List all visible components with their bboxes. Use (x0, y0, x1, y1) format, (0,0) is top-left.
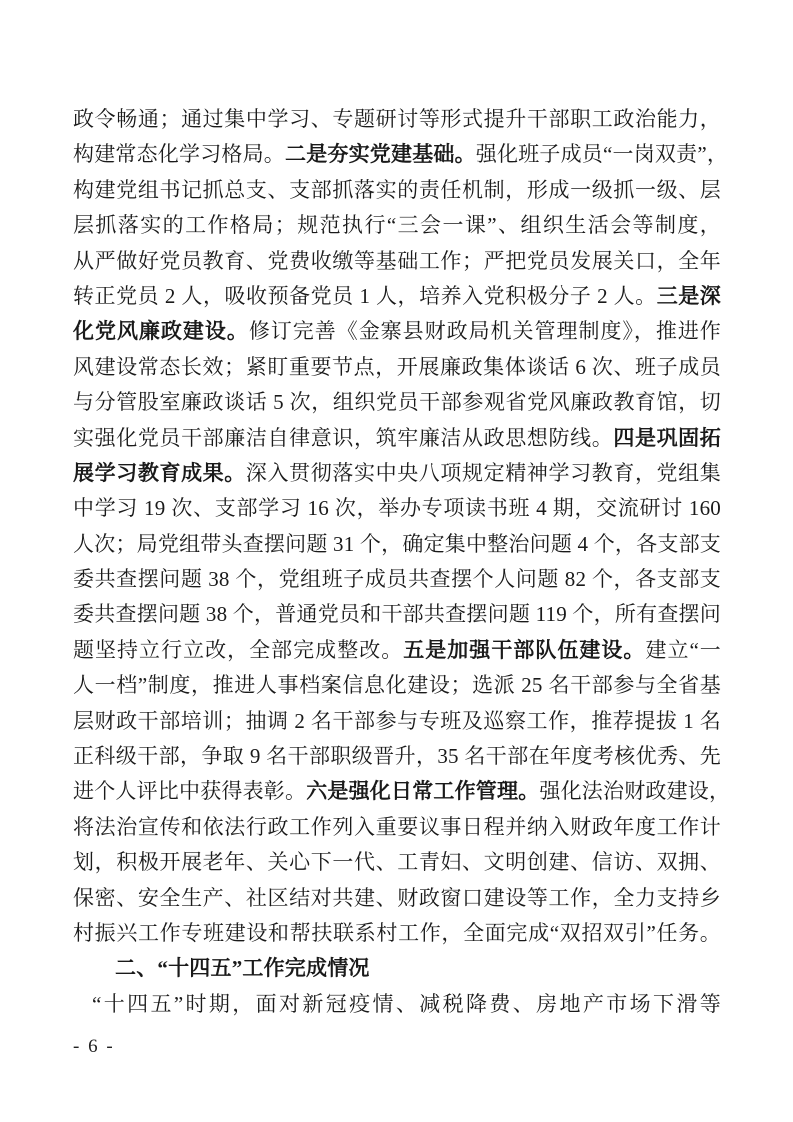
bold-text-segment: 六是强化日常工作管理。 (306, 779, 539, 803)
text-line: 进个人评比中获得表彰。六是强化日常工作管理。强化法治财政建设， (73, 774, 721, 809)
text-segment: 构建党组书记抓总支、支部抓落实的责任机制，形成一级抓一级、层 (73, 178, 721, 202)
text-line: 与分管股室廉政谈话 5 次，组织党员干部参观省党风廉政教育馆，切 (73, 385, 721, 420)
text-line: 划，积极开展老年、关心下一代、工青妇、文明创建、信访、双拥、 (73, 845, 721, 880)
text-segment: 进个人评比中获得表彰。 (73, 779, 306, 803)
document-page: 政令畅通；通过集中学习、专题研讨等形式提升干部职工政治能力，构建常态化学习格局。… (0, 0, 793, 1122)
text-line: 人一档”制度，推进人事档案信息化建设；选派 25 名干部参与全省基 (73, 668, 721, 703)
text-line: 层财政干部培训；抽调 2 名干部参与专班及巡察工作，推荐提拔 1 名 (73, 704, 721, 739)
text-segment: 修订完善《金寨县财政局机关管理制度》，推进作 (249, 319, 721, 343)
text-segment: 人一档”制度，推进人事档案信息化建设；选派 25 名干部参与全省基 (73, 673, 721, 697)
bold-text-segment: 化党风廉政建设。 (73, 319, 249, 343)
text-segment: “十四五”时期，面对新冠疫情、减税降费、房地产市场下滑等 (92, 992, 721, 1016)
text-segment: 实强化党员干部廉洁自律意识，筑牢廉洁从政思想防线。 (73, 426, 613, 450)
text-segment: 将法治宣传和依法行政工作列入重要议事日程并纳入财政年度工作计 (73, 815, 721, 839)
text-segment: 强化班子成员“一岗双责”， (476, 142, 728, 166)
text-segment: 深入贯彻落实中央八项规定精神学习教育，党组集 (246, 461, 721, 485)
text-segment: 风建设常态长效；紧盯重要节点，开展廉政集体谈话 6 次、班子成员 (73, 355, 721, 379)
text-line: 村振兴工作专班建设和帮扶联系村工作，全面完成“双招双引”任务。 (73, 916, 721, 951)
page-number: - 6 - (73, 1036, 115, 1057)
text-line: 政令畅通；通过集中学习、专题研讨等形式提升干部职工政治能力， (73, 102, 721, 137)
text-line: 将法治宣传和依法行政工作列入重要议事日程并纳入财政年度工作计 (73, 810, 721, 845)
text-segment: 委共查摆问题 38 个，党组班子成员共查摆个人问题 82 个，各支部支 (73, 567, 721, 591)
text-line: 从严做好党员教育、党费收缴等基础工作；严把党员发展关口，全年 (73, 244, 721, 279)
text-segment: 转正党员 2 人，吸收预备党员 1 人，培养入党积极分子 2 人。 (73, 284, 657, 308)
document-body: 政令畅通；通过集中学习、专题研讨等形式提升干部职工政治能力，构建常态化学习格局。… (73, 102, 721, 1022)
text-segment: 强化法治财政建设， (539, 779, 730, 803)
text-segment: 建立“一 (645, 638, 721, 662)
text-segment: 层财政干部培训；抽调 2 名干部参与专班及巡察工作，推荐提拔 1 名 (73, 709, 721, 733)
text-line: 展学习教育成果。深入贯彻落实中央八项规定精神学习教育，党组集 (73, 456, 721, 491)
text-line: 实强化党员干部廉洁自律意识，筑牢廉洁从政思想防线。四是巩固拓 (73, 421, 721, 456)
text-segment: 层抓落实的工作格局；规范执行“三会一课”、组织生活会等制度， (73, 213, 721, 237)
text-line: 人次；局党组带头查摆问题 31 个，确定集中整治问题 4 个，各支部支 (73, 527, 721, 562)
text-line: 转正党员 2 人，吸收预备党员 1 人，培养入党积极分子 2 人。三是深 (73, 279, 721, 314)
text-segment: 委共查摆问题 38 个，普通党员和干部共查摆问题 119 个，所有查摆问 (73, 602, 721, 626)
text-segment: 中学习 19 次、支部学习 16 次，举办专项读书班 4 期，交流研讨 160 (73, 496, 721, 520)
text-line: 委共查摆问题 38 个，普通党员和干部共查摆问题 119 个，所有查摆问 (73, 597, 721, 632)
bold-text-segment: 二、“十四五”工作完成情况 (115, 956, 370, 980)
text-line: 构建党组书记抓总支、支部抓落实的责任机制，形成一级抓一级、层 (73, 173, 721, 208)
text-segment: 政令畅通；通过集中学习、专题研讨等形式提升干部职工政治能力， (73, 107, 721, 131)
text-segment: 构建常态化学习格局。 (73, 142, 285, 166)
text-line: 风建设常态长效；紧盯重要节点，开展廉政集体谈话 6 次、班子成员 (73, 350, 721, 385)
text-line: 化党风廉政建设。修订完善《金寨县财政局机关管理制度》，推进作 (73, 314, 721, 349)
section-heading: 二、“十四五”工作完成情况 (73, 951, 721, 986)
bold-text-segment: 三是深 (657, 284, 721, 308)
text-segment: 保密、安全生产、社区结对共建、财政窗口建设等工作，全力支持乡 (73, 886, 721, 910)
text-line: “十四五”时期，面对新冠疫情、减税降费、房地产市场下滑等 (73, 987, 721, 1022)
text-line: 正科级干部，争取 9 名干部职级晋升，35 名干部在年度考核优秀、先 (73, 739, 721, 774)
text-line: 构建常态化学习格局。二是夯实党建基础。强化班子成员“一岗双责”， (73, 137, 721, 172)
text-line: 委共查摆问题 38 个，党组班子成员共查摆个人问题 82 个，各支部支 (73, 562, 721, 597)
text-segment: 正科级干部，争取 9 名干部职级晋升，35 名干部在年度考核优秀、先 (73, 744, 721, 768)
bold-text-segment: 四是巩固拓 (613, 426, 721, 450)
text-line: 中学习 19 次、支部学习 16 次，举办专项读书班 4 期，交流研讨 160 (73, 491, 721, 526)
text-line: 层抓落实的工作格局；规范执行“三会一课”、组织生活会等制度， (73, 208, 721, 243)
page-footer: - 6 - (73, 1033, 115, 1061)
text-segment: 村振兴工作专班建设和帮扶联系村工作，全面完成“双招双引”任务。 (73, 921, 721, 945)
bold-text-segment: 五是加强干部队伍建设。 (403, 638, 645, 662)
text-segment: 划，积极开展老年、关心下一代、工青妇、文明创建、信访、双拥、 (73, 850, 721, 874)
bold-text-segment: 二是夯实党建基础。 (285, 142, 476, 166)
text-segment: 人次；局党组带头查摆问题 31 个，确定集中整治问题 4 个，各支部支 (73, 532, 721, 556)
text-segment: 与分管股室廉政谈话 5 次，组织党员干部参观省党风廉政教育馆，切 (73, 390, 721, 414)
bold-text-segment: 展学习教育成果。 (73, 461, 246, 485)
text-segment: 从严做好党员教育、党费收缴等基础工作；严把党员发展关口，全年 (73, 249, 721, 273)
text-segment: 题坚持立行立改，全部完成整改。 (73, 638, 403, 662)
text-line: 保密、安全生产、社区结对共建、财政窗口建设等工作，全力支持乡 (73, 881, 721, 916)
text-line: 题坚持立行立改，全部完成整改。五是加强干部队伍建设。建立“一 (73, 633, 721, 668)
